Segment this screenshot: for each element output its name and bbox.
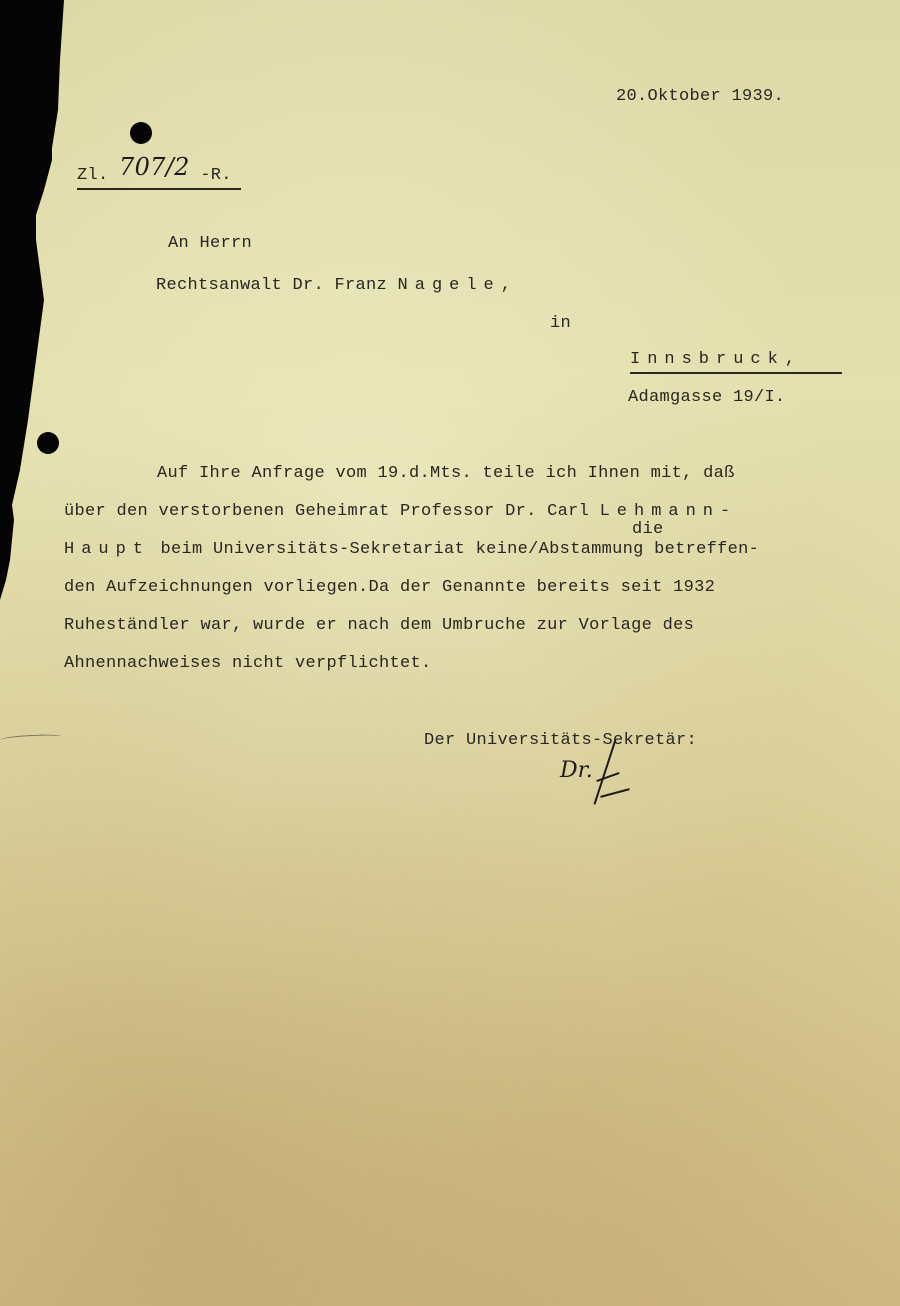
reference-handwritten: 707/2: [119, 153, 190, 181]
body-line-1: Auf Ihre Anfrage vom 19.d.Mts. teile ich…: [157, 464, 735, 484]
punch-hole-bottom: [37, 432, 59, 454]
surname-lehmann: Lehmann-: [600, 502, 738, 521]
punch-hole-top: [130, 122, 152, 144]
signature-title: Der Universitäts-Sekretär:: [424, 731, 697, 751]
reference-prefix: Zl.: [77, 166, 119, 185]
recipient-name: Rechtsanwalt Dr. Franz Nagele,: [156, 276, 511, 296]
surname-haupt: Haupt: [64, 540, 150, 559]
recipient-title: Rechtsanwalt Dr. Franz: [156, 276, 398, 295]
body-line-5: Ruheständler war, wurde er nach dem Umbr…: [64, 616, 694, 636]
signature-initials: Dr.: [560, 758, 593, 783]
body-line-2: über den verstorbenen Geheimrat Professo…: [64, 502, 737, 522]
salutation: An Herrn: [168, 234, 252, 254]
letter-paper: [0, 0, 900, 1306]
body-insertion: die: [632, 522, 664, 538]
body-line-4: den Aufzeichnungen vorliegen.Da der Gena…: [64, 578, 715, 598]
recipient-surname: Nagele: [398, 276, 501, 295]
reference-number: Zl. 707/2 -R.: [77, 161, 241, 190]
body-line-2-text: über den verstorbenen Geheimrat Professo…: [64, 502, 600, 521]
body-line-6: Ahnennachweises nicht verpflichtet.: [64, 654, 432, 674]
body-line-3: Haupt beim Universitäts-Sekretariat kein…: [64, 540, 759, 560]
recipient-city: Innsbruck,: [630, 350, 842, 374]
body-line-3-text: beim Universitäts-Sekretariat keine/Abst…: [150, 540, 759, 559]
letter-date: 20.Oktober 1939.: [616, 87, 784, 107]
recipient-street: Adamgasse 19/I.: [628, 388, 786, 408]
in-label: in: [550, 314, 571, 334]
reference-suffix: -R.: [190, 166, 232, 185]
recipient-comma: ,: [501, 276, 512, 295]
